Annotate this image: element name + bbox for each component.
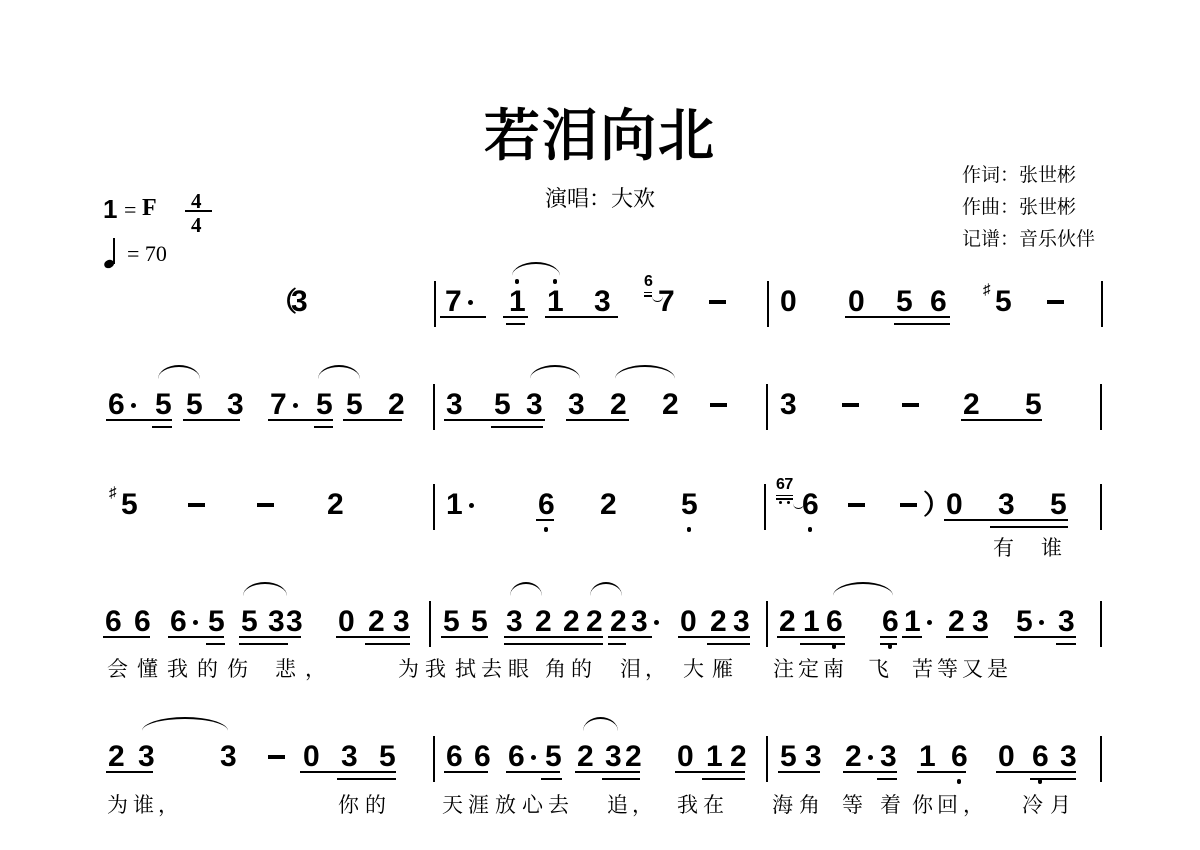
- key-name: F: [142, 195, 157, 222]
- note-digit: 2: [845, 742, 862, 772]
- beam-line: [206, 643, 225, 645]
- barline: [433, 736, 435, 782]
- beam-line: [239, 636, 301, 638]
- note: 5: [1025, 390, 1042, 420]
- beam-line: [843, 771, 897, 773]
- dash-extension: [709, 300, 726, 304]
- low-octave-dot: [779, 501, 782, 504]
- note-digit: 3: [605, 742, 622, 772]
- barline: [1100, 484, 1102, 530]
- grace-digits: 6: [644, 274, 652, 290]
- beam-line: [1030, 778, 1076, 780]
- note: 3: [286, 607, 303, 637]
- note: 5: [896, 287, 913, 317]
- duration-dot: [293, 403, 298, 408]
- beam-line: [106, 419, 172, 421]
- note: 3: [138, 742, 155, 772]
- beam-line: [314, 426, 333, 428]
- note-digit: 5: [780, 742, 797, 772]
- beam-line: [946, 636, 988, 638]
- lyric-char: 心: [522, 795, 543, 816]
- dash-extension: [710, 403, 727, 407]
- note-digit: 6: [538, 490, 555, 520]
- credit-transcriber: 记谱：音乐伙伴: [962, 224, 1095, 256]
- lyric-char: 回: [937, 795, 958, 816]
- beam-line: [877, 778, 897, 780]
- note: 0: [848, 287, 865, 317]
- note-digit: 2: [610, 607, 627, 637]
- lyric-char: 着: [880, 795, 901, 816]
- note-digit: 5: [241, 607, 258, 637]
- note-digit: 2: [730, 742, 747, 772]
- note: 3: [506, 607, 523, 637]
- lyric-char: ，: [158, 795, 179, 816]
- note-digit: 5: [121, 490, 138, 520]
- beam-line: [168, 636, 224, 638]
- grace-beam: [776, 498, 793, 500]
- lyric-char: 大: [683, 659, 704, 680]
- lyric-char: 月: [1050, 795, 1071, 816]
- dash-extension: [900, 503, 917, 507]
- note: ♯5: [995, 287, 1012, 317]
- note: 7: [270, 390, 298, 420]
- beam-line: [444, 419, 545, 421]
- barline: [1101, 281, 1103, 327]
- lyric-char: 你: [912, 795, 933, 816]
- note: 3: [220, 742, 237, 772]
- beam-line: [902, 636, 922, 638]
- note: 6: [474, 742, 491, 772]
- note-digit: 5: [995, 287, 1012, 317]
- note: 6: [105, 607, 122, 637]
- note: 6: [826, 607, 843, 637]
- note: 3: [341, 742, 358, 772]
- note-digit: 3: [526, 390, 543, 420]
- note-digit: 0: [303, 742, 320, 772]
- note-digit: 0: [677, 742, 694, 772]
- lyric-char: 谁: [133, 795, 154, 816]
- note-digit: 2: [948, 607, 965, 637]
- lyric-char: 等: [842, 795, 863, 816]
- lyric-char: 定: [798, 659, 819, 680]
- note: 5: [471, 607, 488, 637]
- quarter-note-icon: [104, 238, 118, 269]
- note-digit: 2: [625, 742, 642, 772]
- note: 2: [388, 390, 405, 420]
- note: 1: [509, 287, 526, 317]
- note-digit: 5: [208, 607, 225, 637]
- note-digit: 3: [780, 390, 797, 420]
- note: 2: [600, 490, 617, 520]
- note-digit: 6: [1032, 742, 1049, 772]
- note-digit: 1: [509, 287, 526, 317]
- note-digit: 2: [108, 742, 125, 772]
- note: 5: [241, 607, 258, 637]
- note: 2: [577, 742, 594, 772]
- lyric-char: 冷: [1022, 795, 1043, 816]
- lyric-char: 角: [545, 659, 566, 680]
- note: 1: [904, 607, 932, 637]
- note: 2: [586, 607, 603, 637]
- note-digit: 0: [946, 490, 963, 520]
- lyric-char: 为: [398, 659, 419, 680]
- note-digit: 5: [1050, 490, 1067, 520]
- beam-line: [506, 771, 560, 773]
- beam-line: [541, 778, 562, 780]
- slur-arc: [583, 717, 618, 731]
- note-digit: 3: [568, 390, 585, 420]
- note-digit: 5: [681, 490, 698, 520]
- lyric-char: 追: [607, 795, 628, 816]
- note: 1: [446, 490, 474, 520]
- note: 6: [1032, 742, 1049, 772]
- note-digit: 6: [446, 742, 463, 772]
- sharp-icon: ♯: [109, 485, 117, 500]
- dash-extension: [268, 755, 285, 759]
- meter-fraction-bar: [185, 210, 212, 212]
- note: 3: [780, 390, 797, 420]
- beam-line: [343, 419, 402, 421]
- note-digit: 5: [471, 607, 488, 637]
- barline: [429, 601, 431, 647]
- barline: [433, 484, 435, 530]
- beam-line: [880, 636, 897, 638]
- note-digit: 6: [108, 390, 125, 420]
- note-digit: 2: [586, 607, 603, 637]
- grace-beam: [776, 495, 793, 497]
- note: 3: [605, 742, 622, 772]
- beam-line: [880, 643, 897, 645]
- note: 3: [268, 607, 285, 637]
- note-digit: 1: [706, 742, 723, 772]
- grace-octave-dots: [776, 501, 793, 504]
- note: 6: [170, 607, 198, 637]
- note-digit: 0: [780, 287, 797, 317]
- dash-extension: [1047, 300, 1064, 304]
- beam-line: [917, 771, 966, 773]
- note-digit: 5: [379, 742, 396, 772]
- note-digit: 3: [506, 607, 523, 637]
- note-digit: 6: [105, 607, 122, 637]
- note: 5: [780, 742, 797, 772]
- beam-line: [441, 636, 488, 638]
- note: 5: [1016, 607, 1044, 637]
- note-digit: 7: [270, 390, 287, 420]
- note: 1: [706, 742, 723, 772]
- grace-beam: [644, 295, 652, 297]
- note: 0: [338, 607, 355, 637]
- beam-line: [1056, 643, 1076, 645]
- lyric-char: 会: [107, 659, 128, 680]
- beam-line: [300, 771, 396, 773]
- note: 3: [733, 607, 750, 637]
- note: 2: [610, 607, 627, 637]
- beam-line: [504, 636, 603, 638]
- lyric-char: 注: [773, 659, 794, 680]
- note: 2: [963, 390, 980, 420]
- lyric-char: 的: [365, 795, 386, 816]
- note-digit: 3: [805, 742, 822, 772]
- lyric-char: 有: [993, 538, 1014, 559]
- slur-arc: [318, 365, 360, 379]
- note: 6: [882, 607, 899, 637]
- barline: [1100, 601, 1102, 647]
- note: 3: [594, 287, 611, 317]
- note: 6: [802, 490, 819, 520]
- note: 5: [545, 742, 562, 772]
- dash-extension: [257, 503, 274, 507]
- beam-line: [894, 323, 950, 325]
- beam-line: [845, 316, 950, 318]
- lyric-char: 雁: [712, 659, 733, 680]
- note: 0: [946, 490, 963, 520]
- note-digit: 2: [779, 607, 796, 637]
- note-digit: 3: [998, 490, 1015, 520]
- beam-line: [444, 771, 488, 773]
- note: 1: [919, 742, 936, 772]
- beam-line: [503, 316, 528, 318]
- note-digit: 2: [610, 390, 627, 420]
- note-digit: 6: [474, 742, 491, 772]
- note: 6: [108, 390, 136, 420]
- credit-composer: 作曲：张世彬: [962, 192, 1095, 224]
- lyric-char: 拭: [455, 659, 476, 680]
- beam-line: [336, 636, 410, 638]
- note-digit: 5: [186, 390, 203, 420]
- note: 6: [951, 742, 968, 772]
- beam-line: [990, 526, 1068, 528]
- lyric-char: ，: [963, 795, 984, 816]
- note-digit: 3: [393, 607, 410, 637]
- lyric-char: 眼: [508, 659, 529, 680]
- note-digit: 3: [446, 390, 463, 420]
- lyric-char: 涯: [468, 795, 489, 816]
- note: 5: [186, 390, 203, 420]
- beam-line: [491, 426, 543, 428]
- note: 2: [327, 490, 344, 520]
- note: 3: [880, 742, 897, 772]
- lyric-char: 的: [197, 659, 218, 680]
- note-digit: 6: [826, 607, 843, 637]
- note-digit: 7: [445, 287, 462, 317]
- grace-note: 67: [776, 477, 793, 504]
- duration-dot: [927, 620, 932, 625]
- beam-line: [504, 643, 603, 645]
- lyric-char: 谁: [1041, 538, 1062, 559]
- barline: [434, 281, 436, 327]
- beam-line: [1014, 636, 1076, 638]
- note-digit: 2: [710, 607, 727, 637]
- lyric-char: 悲: [275, 659, 296, 680]
- note-digit: 3: [1060, 742, 1077, 772]
- beam-line: [103, 636, 150, 638]
- note-digit: 1: [919, 742, 936, 772]
- note: 0: [303, 742, 320, 772]
- note-digit: 0: [338, 607, 355, 637]
- barline: [767, 281, 769, 327]
- note-digit: 3: [972, 607, 989, 637]
- note-digit: 5: [443, 607, 460, 637]
- lyric-char: 等: [937, 659, 958, 680]
- lyric-char: 海: [772, 795, 793, 816]
- lyric-char: 苦: [912, 659, 933, 680]
- tempo-value: = 70: [127, 241, 167, 267]
- beam-line: [575, 771, 640, 773]
- note-digit: 1: [803, 607, 820, 637]
- note-digit: 2: [600, 490, 617, 520]
- note-digit: 1: [446, 490, 463, 520]
- note-digit: 3: [268, 607, 285, 637]
- lyric-char: 泪: [620, 659, 641, 680]
- lyric-char: 南: [823, 659, 844, 680]
- low-octave-dot: [544, 527, 549, 532]
- note: 0: [780, 287, 797, 317]
- lyric-char: 为: [107, 795, 128, 816]
- beam-line: [702, 778, 745, 780]
- note-digit: 5: [494, 390, 511, 420]
- note: 5: [346, 390, 363, 420]
- note-digit: 5: [1016, 607, 1033, 637]
- note-digit: 3: [286, 607, 303, 637]
- duration-dot: [1039, 620, 1044, 625]
- note: ♯5: [121, 490, 138, 520]
- note: 3: [998, 490, 1015, 520]
- beam-line: [996, 771, 1076, 773]
- note-digit: 6: [134, 607, 151, 637]
- note: 7: [658, 287, 675, 317]
- note-digit: 2: [563, 607, 580, 637]
- beam-line: [778, 771, 820, 773]
- credit-lyricist: 作词：张世彬: [962, 160, 1095, 192]
- note-digit: 6: [951, 742, 968, 772]
- lyric-char: 你: [338, 795, 359, 816]
- note: 3: [446, 390, 463, 420]
- note: 0: [677, 742, 694, 772]
- beam-line: [536, 519, 554, 521]
- duration-dot: [654, 620, 659, 625]
- beam-line: [506, 323, 525, 325]
- beam-line: [337, 778, 396, 780]
- duration-dot: [131, 403, 136, 408]
- lyric-char: ，: [632, 795, 653, 816]
- note: 3: [805, 742, 822, 772]
- barline: [1100, 384, 1102, 430]
- note: 2: [779, 607, 796, 637]
- note-digit: 5: [316, 390, 333, 420]
- low-octave-dot: [787, 501, 790, 504]
- barline: [766, 601, 768, 647]
- lyric-char: 懂: [137, 659, 158, 680]
- beam-line: [777, 636, 845, 638]
- dash-extension: [902, 403, 919, 407]
- note: 5: [1050, 490, 1067, 520]
- barline: [766, 736, 768, 782]
- lyric-char: 是: [987, 659, 1008, 680]
- beam-line: [707, 643, 750, 645]
- dash-extension: [848, 503, 865, 507]
- slur-arc: [615, 365, 675, 379]
- duration-dot: [468, 300, 473, 305]
- note: 3: [227, 390, 244, 420]
- lyric-char: ，: [305, 659, 326, 680]
- note: 0: [998, 742, 1015, 772]
- high-octave-dot: [515, 279, 520, 284]
- beam-line: [602, 778, 640, 780]
- duration-dot: [469, 503, 474, 508]
- note: 3: [526, 390, 543, 420]
- slur-arc: [530, 365, 580, 379]
- beam-line: [152, 426, 172, 428]
- note-digit: 3: [733, 607, 750, 637]
- note-digit: 2: [368, 607, 385, 637]
- note-digit: 5: [896, 287, 913, 317]
- beam-line: [545, 316, 618, 318]
- note-digit: 3: [220, 742, 237, 772]
- note-digit: 3: [631, 607, 648, 637]
- beam-line: [183, 419, 240, 421]
- note: 1: [547, 287, 564, 317]
- duration-dot: [193, 620, 198, 625]
- note: 3: [568, 390, 585, 420]
- note-digit: 3: [138, 742, 155, 772]
- beam-line: [944, 519, 1068, 521]
- note-digit: 3: [291, 287, 308, 317]
- note-digit: 6: [170, 607, 187, 637]
- note: 2: [563, 607, 580, 637]
- note: 2: [535, 607, 552, 637]
- grace-note: 6: [644, 274, 652, 297]
- beam-line: [239, 643, 288, 645]
- note: 3: [393, 607, 410, 637]
- note: 5: [155, 390, 172, 420]
- beam-line: [608, 643, 626, 645]
- low-octave-dot: [808, 527, 813, 532]
- lyric-char: 飞: [868, 659, 889, 680]
- note-digit: 2: [327, 490, 344, 520]
- slur-arc: [590, 582, 622, 596]
- note-digit: 6: [930, 287, 947, 317]
- beam-line: [440, 316, 486, 318]
- slur-arc: [243, 582, 287, 596]
- note: 5: [494, 390, 511, 420]
- lyric-char: 天: [442, 795, 463, 816]
- note-digit: 1: [904, 607, 921, 637]
- key-equals: =: [124, 197, 136, 223]
- lyric-char: ，: [645, 659, 666, 680]
- note: 2: [662, 390, 679, 420]
- barline: [433, 384, 435, 430]
- dash-extension: [842, 403, 859, 407]
- note: 2: [845, 742, 873, 772]
- sharp-icon: ♯: [983, 282, 991, 297]
- barline: [764, 484, 766, 530]
- note: 6: [446, 742, 463, 772]
- lyric-char: 我: [167, 659, 188, 680]
- note-digit: 7: [658, 287, 675, 317]
- lyric-char: 的: [571, 659, 592, 680]
- note-digit: 0: [848, 287, 865, 317]
- note: 2: [368, 607, 385, 637]
- duration-dot: [531, 755, 536, 760]
- lyric-char: 伤: [227, 659, 248, 680]
- slur-arc: [512, 262, 560, 276]
- note-digit: 0: [998, 742, 1015, 772]
- note-digit: 2: [535, 607, 552, 637]
- duration-dot: [868, 755, 873, 760]
- note: 5: [316, 390, 333, 420]
- note-digit: 6: [802, 490, 819, 520]
- note: 3: [972, 607, 989, 637]
